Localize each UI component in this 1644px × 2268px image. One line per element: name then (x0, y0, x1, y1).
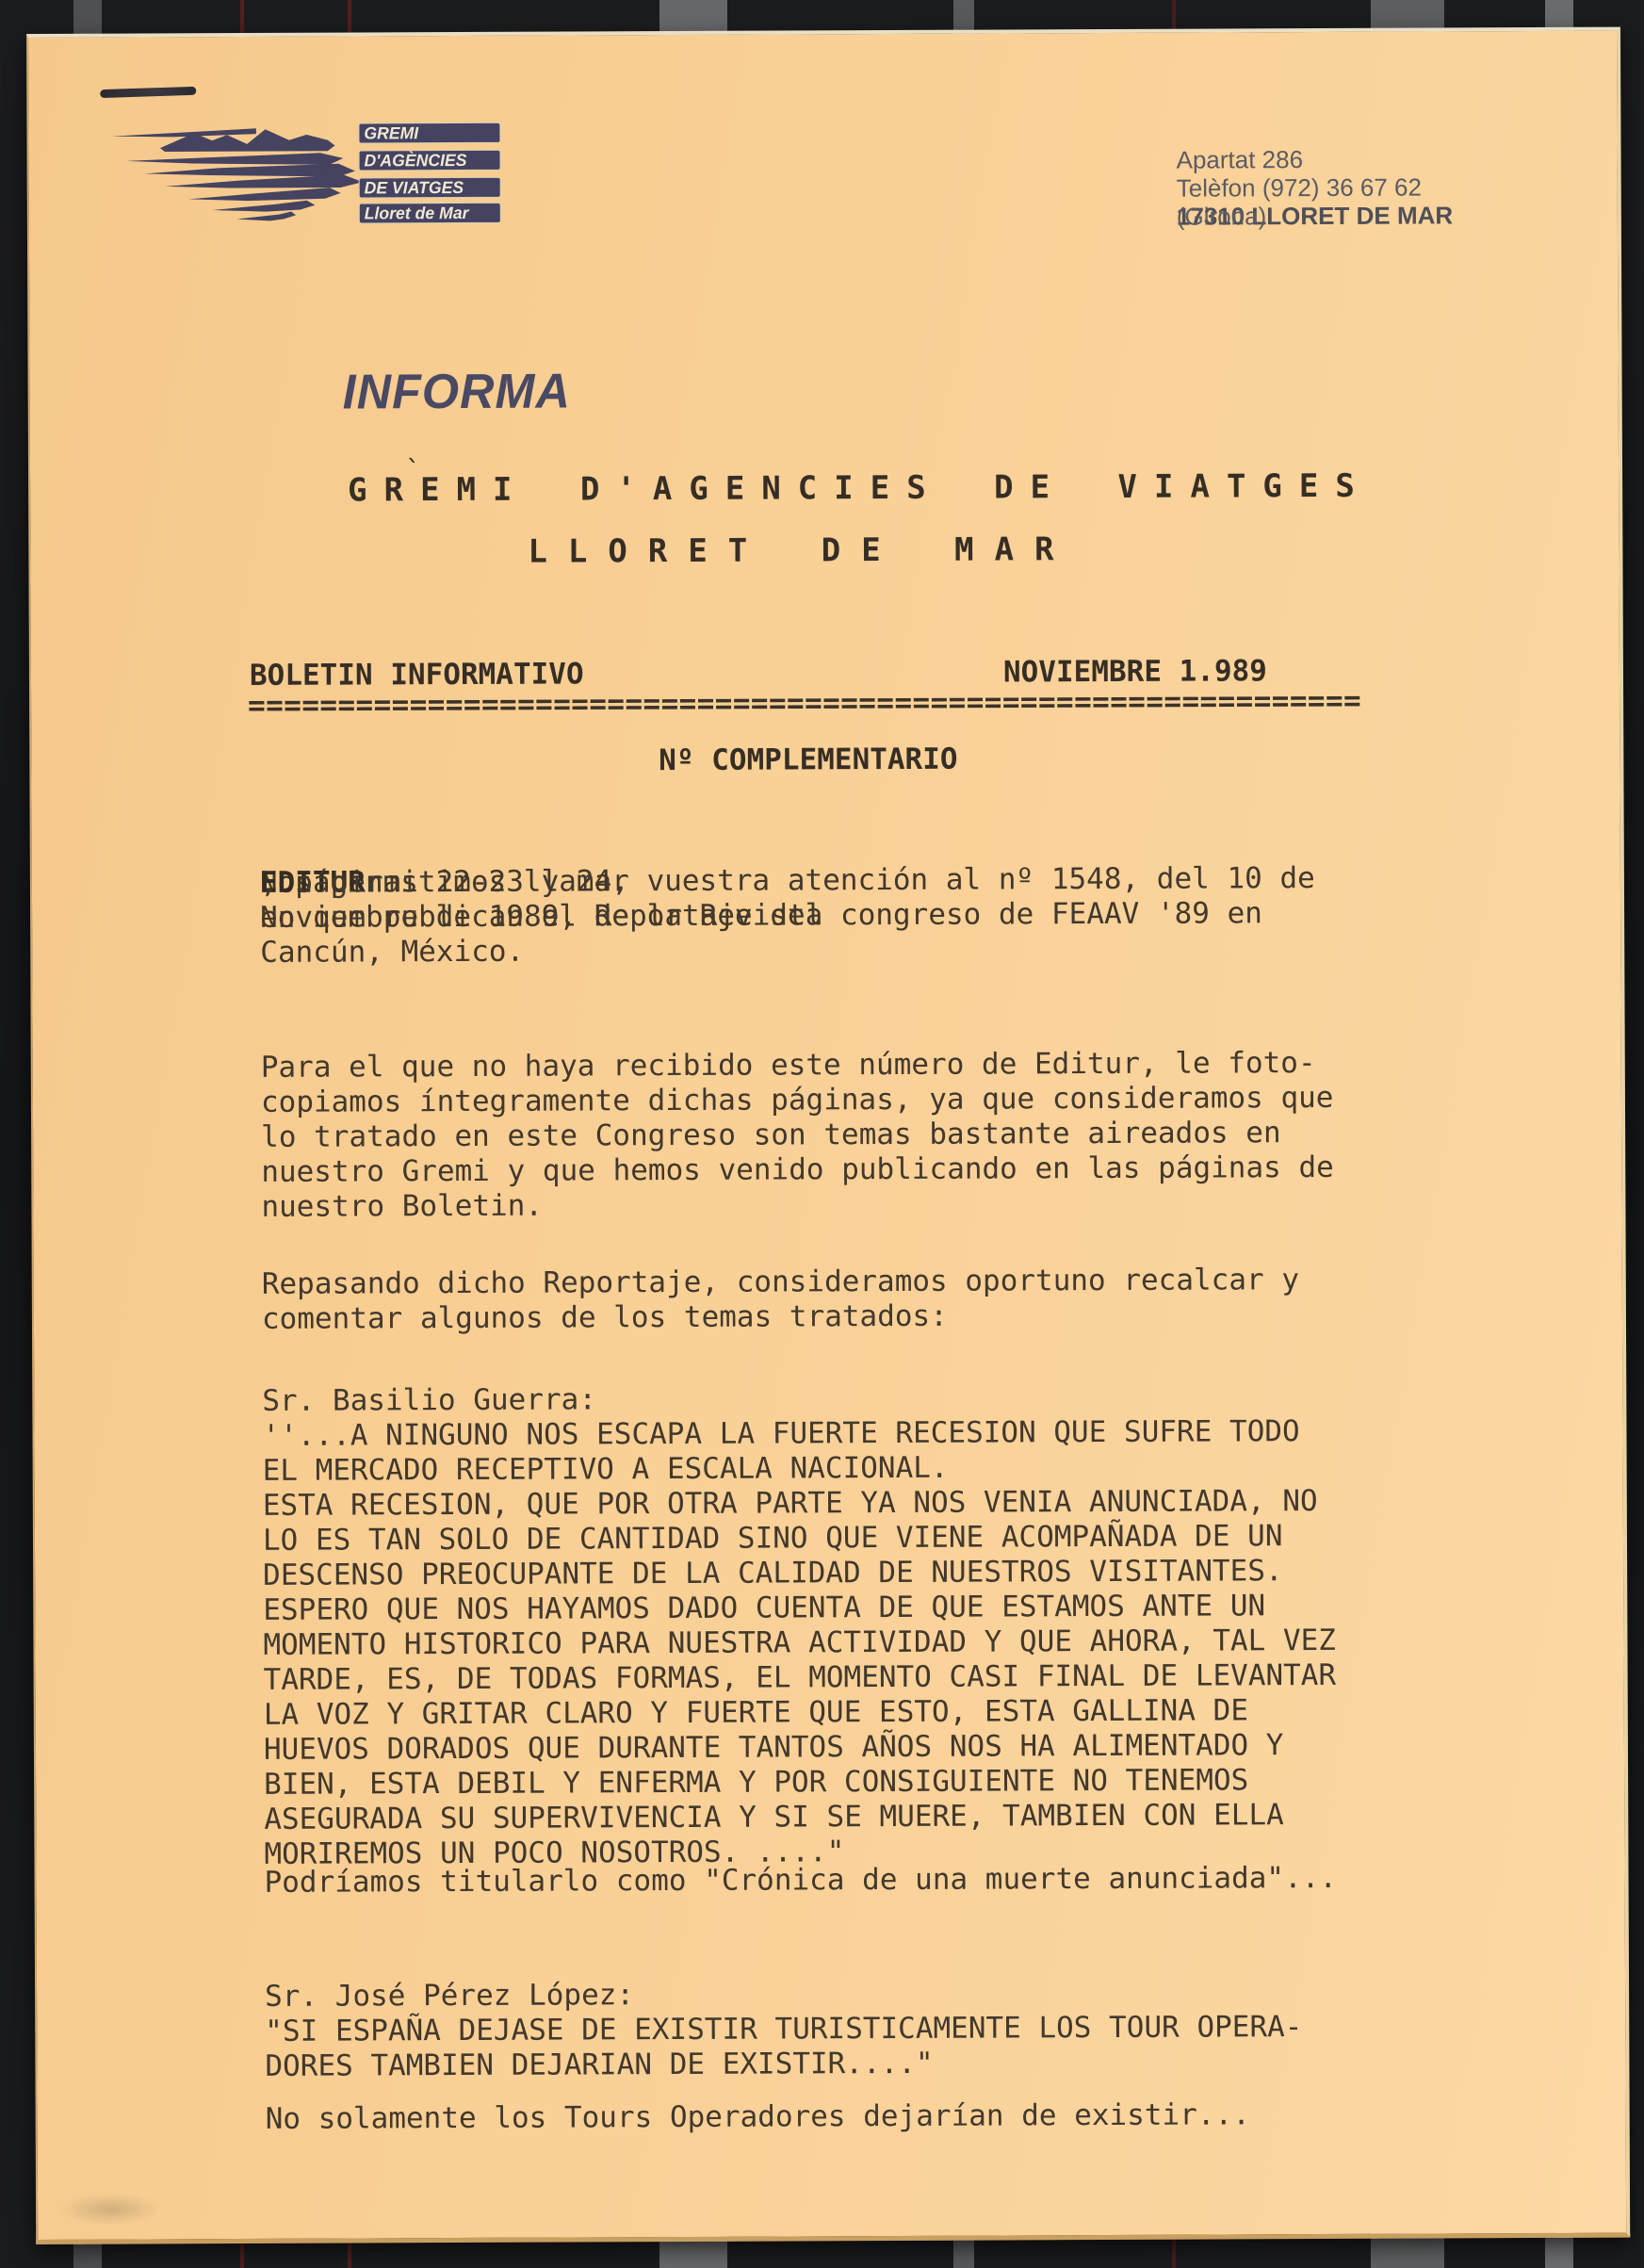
pencil-smudge (58, 2193, 162, 2225)
paragraph-photocopy: Para el que no haya recibido este número… (261, 1045, 1449, 1224)
issue-heading: Nº COMPLEMENTARIO (250, 741, 1366, 779)
address-line-apartat: Apartat 286 (1177, 144, 1591, 174)
paragraph-intro-end: , páginas 22-23 y 24, en que publican el… (260, 861, 1262, 971)
quote-jose-perez: Sr. José Pérez López: "SI ESPAÑA DEJASE … (265, 1974, 1452, 2083)
paragraph-conclusion-title: Podríamos titularlo como "Crónica de una… (264, 1860, 1451, 1900)
document-page: GREMI D'AGÈNCIES DE VIATGES Lloret de Ma… (26, 27, 1630, 2244)
logo-box-dagencies: D'AGÈNCIES (359, 150, 501, 171)
scanner-bed: GREMI D'AGÈNCIES DE VIATGES Lloret de Ma… (0, 0, 1644, 2268)
logo-box-lloret-de-mar: Lloret de Mar (359, 203, 501, 224)
logo-bird-icon (109, 115, 366, 227)
address-line-telefon: Telèfon (972) 36 67 62 (1177, 172, 1591, 203)
paragraph-intro: Nos permitimos llamar vuestra atención a… (260, 860, 1447, 865)
paragraph-recap: Repasando dicho Reportaje, consideramos … (262, 1262, 1449, 1336)
informa-title: INFORMA (343, 363, 571, 420)
tape-streak-mark (100, 87, 196, 98)
separator-rule: ========================================… (248, 684, 1378, 723)
place-title-line: LLORET DE MAR (528, 530, 1074, 571)
paragraph-closing: No solamente los Tours Operadores dejarí… (266, 2097, 1453, 2136)
logo-box-gremi: GREMI (358, 122, 500, 144)
org-title-line: GREMI D'AGENCIES DE VIATGES (348, 467, 1372, 510)
logo-name-boxes: GREMI D'AGÈNCIES DE VIATGES Lloret de Ma… (358, 122, 506, 246)
logo-box-de-viatges: DE VIATGES (359, 177, 501, 199)
address-city-province: (Girona) (1177, 202, 1266, 230)
quote-basilio-guerra: Sr. Basilio Guerra: ''...A NINGUNO NOS E… (262, 1379, 1451, 1871)
letterhead-address: Apartat 286 Telèfon (972) 36 67 62 17310… (1177, 144, 1591, 203)
